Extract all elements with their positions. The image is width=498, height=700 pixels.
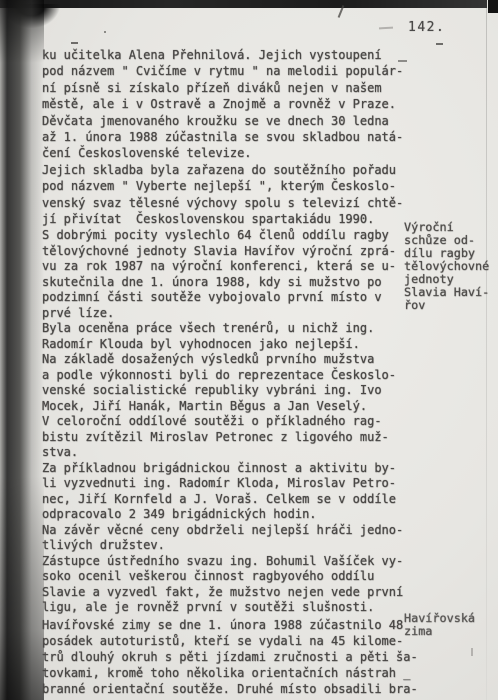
paragraph-havirov-winter-rally: Havířovské zimy se dne 1. února 1988 zúč… xyxy=(42,617,418,697)
book-spine-shadow xyxy=(0,0,44,700)
scan-speck-dash xyxy=(436,43,443,45)
scan-speck-dash xyxy=(71,42,78,44)
scan-speck-mark xyxy=(471,648,473,656)
scanned-page: 142. ku učitelka Alena Přehnilová. Jejic… xyxy=(0,0,498,700)
page-number: 142. xyxy=(408,20,445,35)
scan-speck-dash xyxy=(379,27,393,30)
scan-edge-top xyxy=(0,0,487,8)
margin-note-rugby: Výroční schůze od- dílu ragby tělovýchov… xyxy=(404,221,489,312)
paper-crease xyxy=(486,8,487,700)
scan-corner-mark xyxy=(488,0,498,13)
paragraph-dance-group: ku učitelka Alena Přehnilová. Jejich vys… xyxy=(42,47,403,227)
paragraph-rugby-annual-meeting: S dobrými pocity vyslechlo 64 členů oddí… xyxy=(42,228,403,616)
margin-note-winter: Havířovská zima xyxy=(404,612,475,638)
scan-speck-underscore xyxy=(398,60,407,62)
scan-speck-dot xyxy=(104,31,106,33)
